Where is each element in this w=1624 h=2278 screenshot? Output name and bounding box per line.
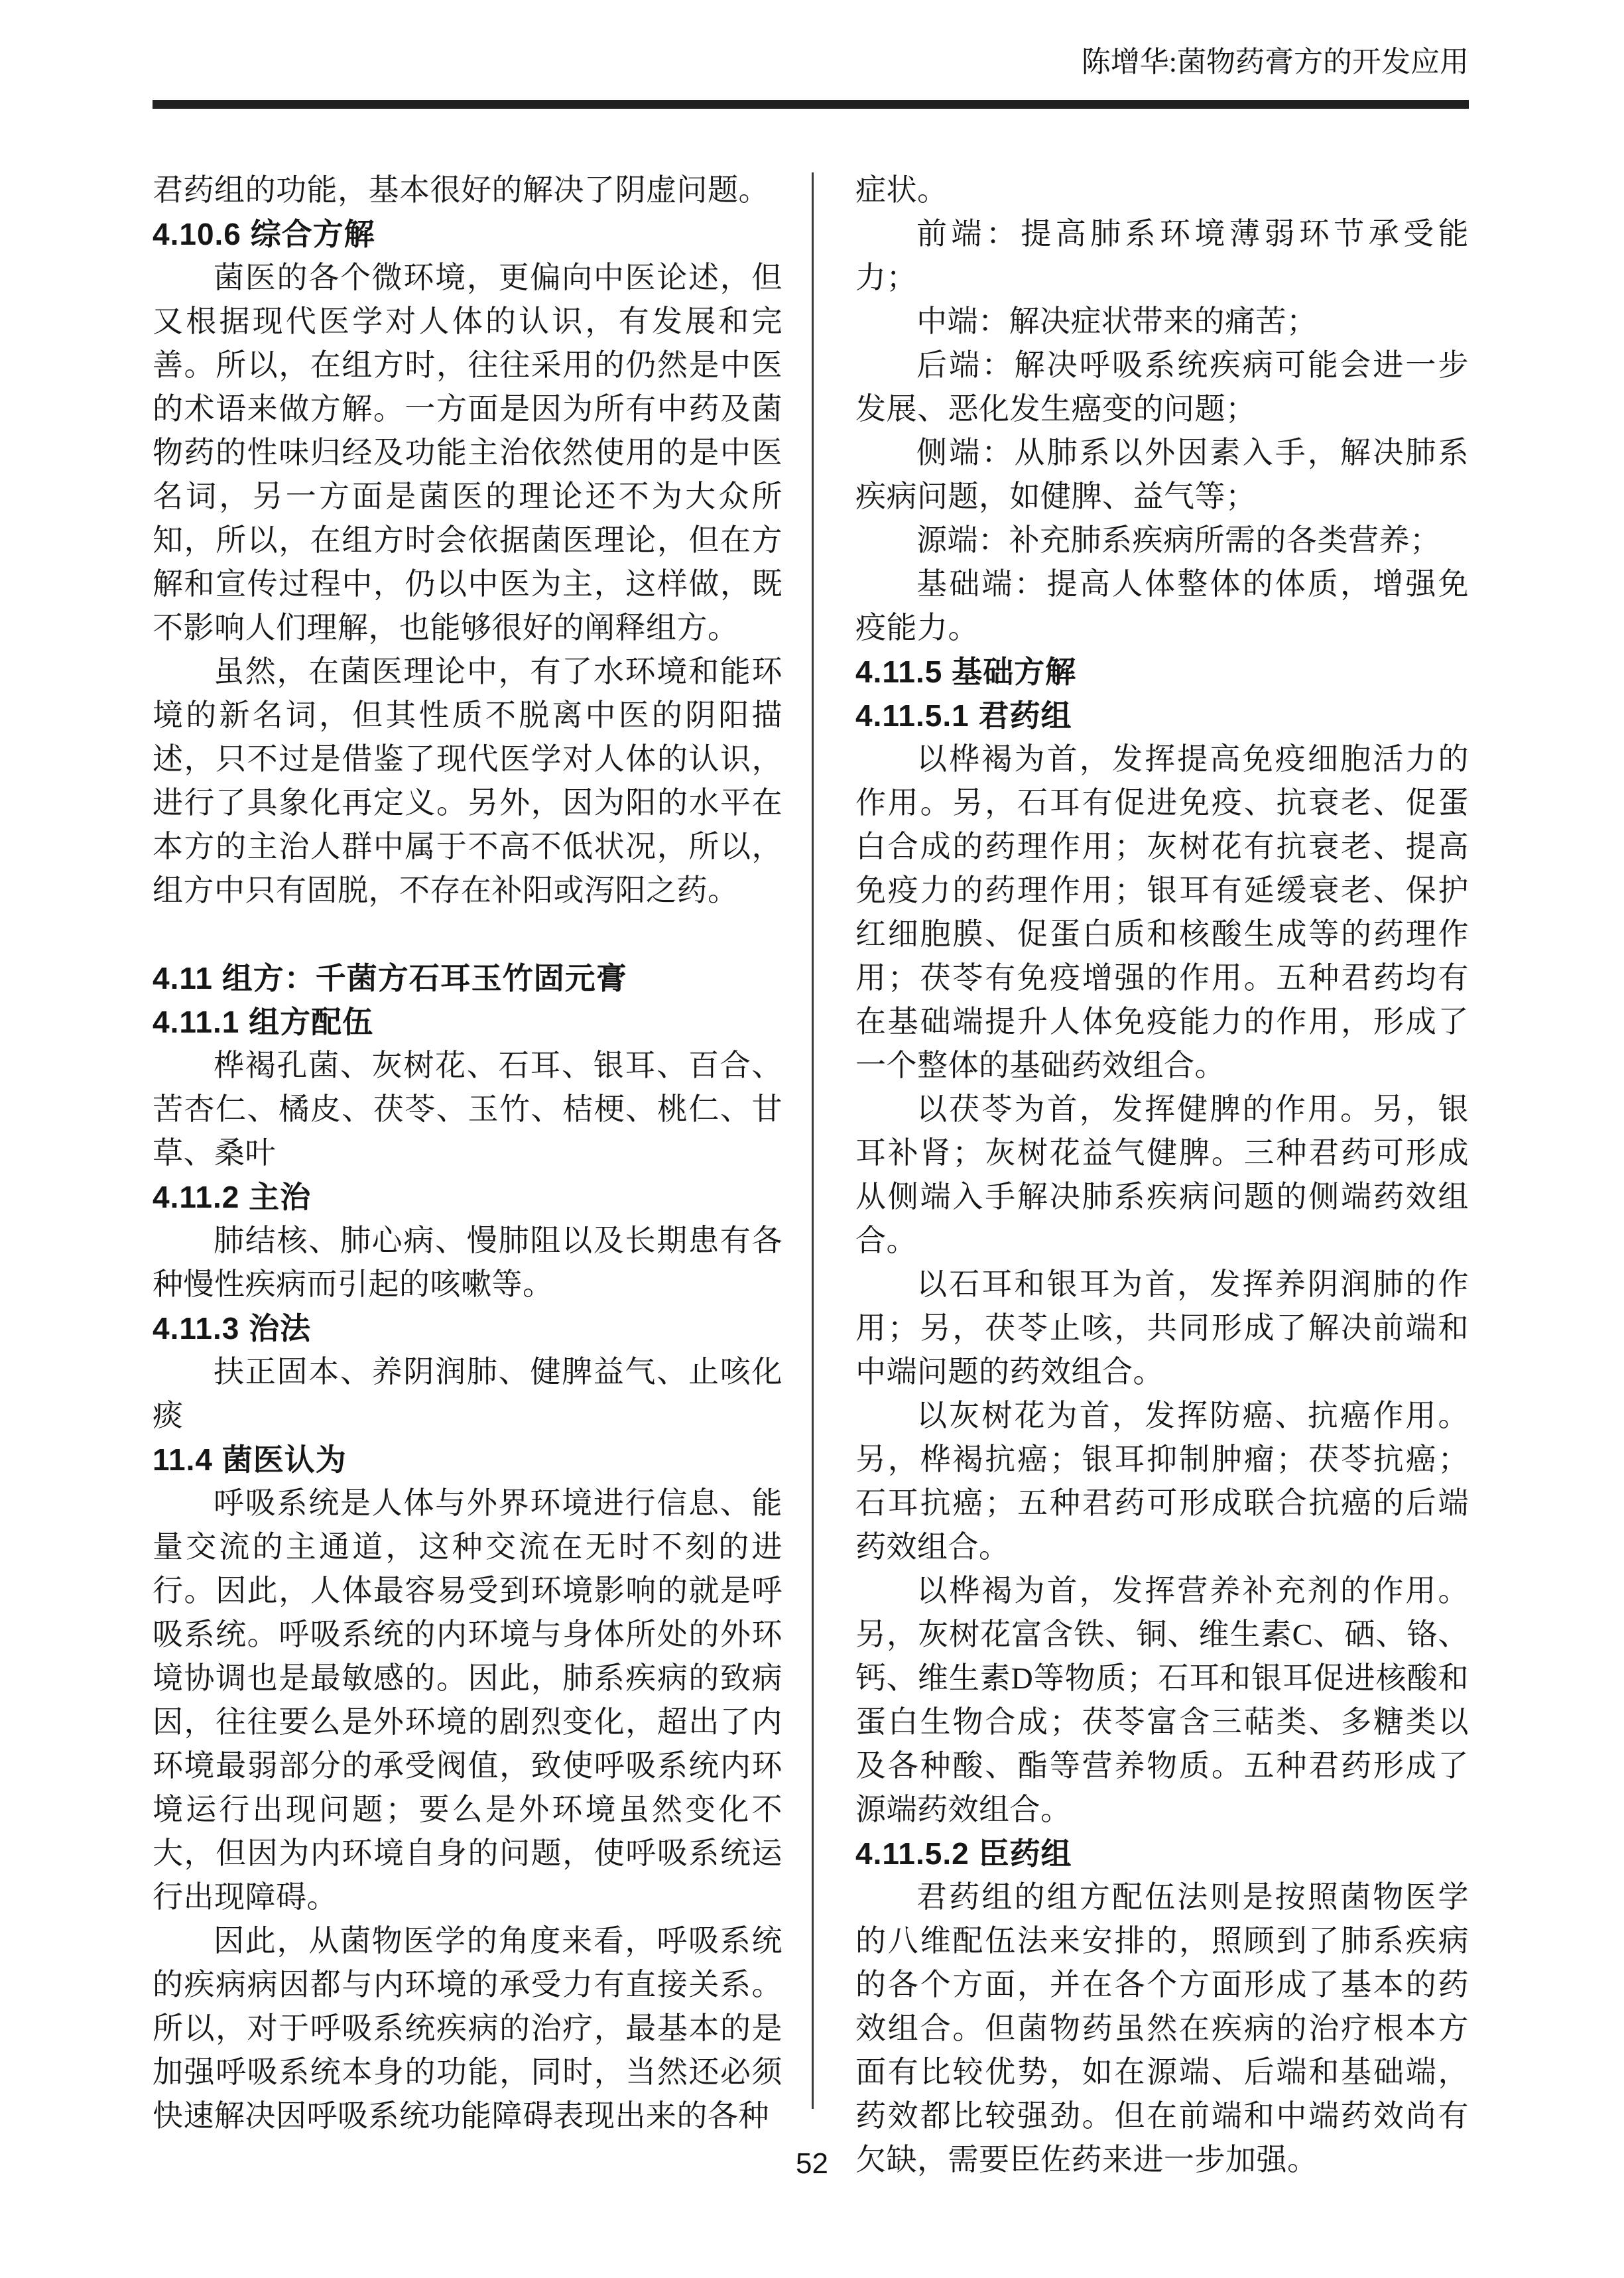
section-heading: 4.11.5.1 君药组 <box>855 694 1469 737</box>
body-paragraph: 以桦褐为首，发挥营养补充剂的作用。另，灰树花富含铁、铜、维生素C、硒、铬、钙、维… <box>855 1569 1469 1832</box>
left-column: 君药组的功能，基本很好的解决了阴虚问题。4.10.6 综合方解菌医的各个微环境，… <box>153 168 782 2138</box>
body-paragraph: 君药组的功能，基本很好的解决了阴虚问题。 <box>153 168 782 212</box>
body-paragraph: 以茯苓为首，发挥健脾的作用。另，银耳补肾；灰树花益气健脾。三种君药可形成从侧端入… <box>855 1088 1469 1263</box>
body-paragraph: 后端：解决呼吸系统疾病可能会进一步发展、恶化发生癌变的问题； <box>855 344 1469 431</box>
page-number: 52 <box>796 2147 828 2180</box>
body-paragraph: 前端：提高肺系环境薄弱环节承受能力； <box>855 212 1469 300</box>
section-heading: 4.11 组方：千菌方石耳玉竹固元膏 <box>153 956 782 1000</box>
body-paragraph: 肺结核、肺心病、慢肺阻以及长期患有各种慢性疾病而引起的咳嗽等。 <box>153 1219 782 1306</box>
body-paragraph: 以灰树花为首，发挥防癌、抗癌作用。另，桦褐抗癌；银耳抑制肿瘤；茯苓抗癌；石耳抗癌… <box>855 1394 1469 1569</box>
body-paragraph: 虽然，在菌医理论中，有了水环境和能环境的新名词，但其性质不脱离中医的阴阳描述，只… <box>153 650 782 913</box>
column-divider <box>812 172 814 2109</box>
blank-line <box>153 913 782 956</box>
body-paragraph: 以桦褐为首，发挥提高免疫细胞活力的作用。另，石耳有促进免疫、抗衰老、促蛋白合成的… <box>855 737 1469 1088</box>
body-paragraph: 中端：解决症状带来的痛苦； <box>855 300 1469 344</box>
section-heading: 4.11.5 基础方解 <box>855 650 1469 694</box>
header-running-title: 陈增华:菌物药膏方的开发应用 <box>153 44 1469 80</box>
body-paragraph: 菌医的各个微环境，更偏向中医论述，但又根据现代医学对人体的认识，有发展和完善。所… <box>153 256 782 650</box>
section-heading: 4.11.3 治法 <box>153 1306 782 1350</box>
body-paragraph: 因此，从菌物医学的角度来看，呼吸系统的疾病病因都与内环境的承受力有直接关系。所以… <box>153 1919 782 2138</box>
body-paragraph: 基础端：提高人体整体的体质，增强免疫能力。 <box>855 562 1469 650</box>
header-rule <box>153 100 1469 109</box>
two-column-content: 君药组的功能，基本很好的解决了阴虚问题。4.10.6 综合方解菌医的各个微环境，… <box>153 168 1469 2182</box>
section-heading: 4.11.5.2 臣药组 <box>855 1832 1469 1875</box>
section-heading: 11.4 菌医认为 <box>153 1438 782 1482</box>
body-paragraph: 以石耳和银耳为首，发挥养阴润肺的作用；另，茯苓止咳，共同形成了解决前端和中端问题… <box>855 1263 1469 1394</box>
body-paragraph: 桦褐孔菌、灰树花、石耳、银耳、百合、苦杏仁、橘皮、茯苓、玉竹、桔梗、桃仁、甘草、… <box>153 1044 782 1175</box>
body-paragraph: 源端：补充肺系疾病所需的各类营养； <box>855 519 1469 562</box>
section-heading: 4.11.2 主治 <box>153 1175 782 1219</box>
document-page: 陈增华:菌物药膏方的开发应用 君药组的功能，基本很好的解决了阴虚问题。4.10.… <box>0 0 1624 2278</box>
body-paragraph: 侧端：从肺系以外因素入手，解决肺系疾病问题，如健脾、益气等； <box>855 431 1469 519</box>
section-heading: 4.10.6 综合方解 <box>153 212 782 256</box>
page-footer: 52 <box>0 2147 1624 2181</box>
right-column: 症状。前端：提高肺系环境薄弱环节承受能力；中端：解决症状带来的痛苦；后端：解决呼… <box>855 168 1469 2182</box>
body-paragraph: 症状。 <box>855 168 1469 212</box>
body-paragraph: 君药组的组方配伍法则是按照菌物医学的八维配伍法来安排的，照顾到了肺系疾病的各个方… <box>855 1875 1469 2182</box>
body-paragraph: 扶正固本、养阴润肺、健脾益气、止咳化痰 <box>153 1350 782 1438</box>
body-paragraph: 呼吸系统是人体与外界环境进行信息、能量交流的主通道，这种交流在无时不刻的进行。因… <box>153 1482 782 1919</box>
section-heading: 4.11.1 组方配伍 <box>153 1000 782 1044</box>
